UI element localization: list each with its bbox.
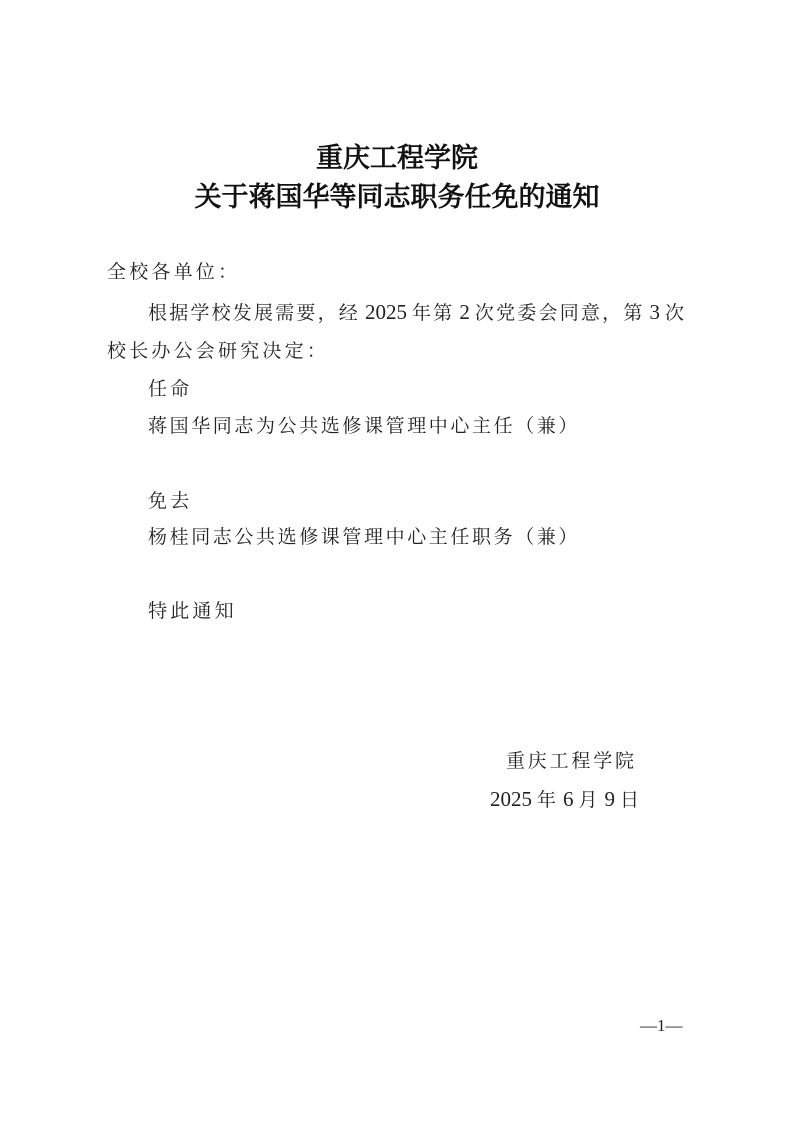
signature-date: 2025年6月9日 bbox=[490, 786, 641, 813]
page-number: —1— bbox=[640, 1016, 683, 1036]
closing-remark: 特此通知 bbox=[148, 598, 237, 624]
body-text: 次党委会同意，第 bbox=[475, 302, 645, 324]
salutation: 全校各单位： bbox=[107, 259, 240, 285]
date-day-unit: 日 bbox=[620, 789, 641, 811]
document-title-subject: 关于蒋国华等同志职务任免的通知 bbox=[0, 180, 794, 216]
body-year: 2025 bbox=[360, 300, 412, 324]
date-month-unit: 月 bbox=[579, 789, 600, 811]
appointment-heading: 任命 bbox=[148, 376, 192, 402]
date-day: 9 bbox=[600, 787, 621, 811]
body-paragraph-line-2: 校长办公会研究决定： bbox=[107, 338, 329, 364]
body-meeting-number: 2 bbox=[454, 300, 475, 324]
body-text: 年第 bbox=[412, 302, 454, 324]
body-text: 根据学校发展需要，经 bbox=[148, 302, 360, 324]
signature-organization: 重庆工程学院 bbox=[506, 748, 637, 774]
dismissal-item: 杨桂同志公共选修课管理中心主任职务（兼） bbox=[148, 524, 580, 550]
document-page: 重庆工程学院 关于蒋国华等同志职务任免的通知 全校各单位： 根据学校发展需要，经… bbox=[0, 0, 794, 1122]
body-paragraph-line-1: 根据学校发展需要，经2025年第2次党委会同意，第3次 bbox=[148, 299, 686, 326]
body-office-number: 3 bbox=[645, 300, 666, 324]
document-title-institution: 重庆工程学院 bbox=[0, 141, 794, 177]
date-month: 6 bbox=[558, 787, 579, 811]
date-year-unit: 年 bbox=[537, 789, 558, 811]
appointment-item: 蒋国华同志为公共选修课管理中心主任（兼） bbox=[148, 413, 580, 439]
dismissal-heading: 免去 bbox=[148, 488, 192, 514]
date-year: 2025 bbox=[490, 787, 537, 811]
body-text: 次 bbox=[665, 302, 686, 324]
